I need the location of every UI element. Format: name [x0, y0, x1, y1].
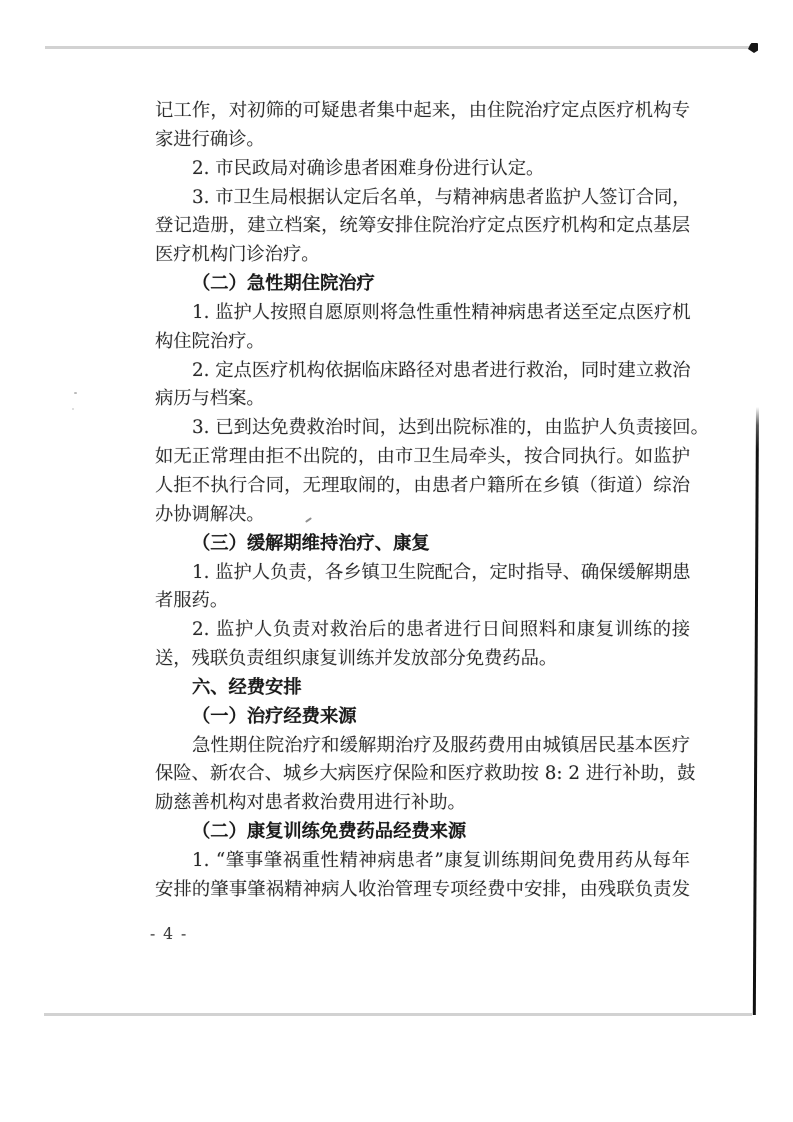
- text-line: 办协调解决。: [155, 501, 690, 530]
- heading-line: （二）康复训练免费药品经费来源: [155, 818, 690, 847]
- heading-line: （三）缓解期维持治疗、康复: [155, 530, 690, 559]
- text-line: 2. 监护人负责对救治后的患者进行日间照料和康复训练的接: [155, 616, 690, 645]
- heading-line: （二）急性期住院治疗: [155, 270, 690, 299]
- text-line: 2. 市民政局对确诊患者困难身份进行认定。: [155, 155, 690, 184]
- page-number: - 4 -: [150, 925, 188, 943]
- text-line: 3. 已到达免费救治时间，达到出院标准的，由监护人负责接回。: [155, 414, 690, 443]
- text-line: 安排的肇事肇祸精神病人收治管理专项经费中安排，由残联负责发: [155, 876, 690, 905]
- text-line: 1. 监护人负责，各乡镇卫生院配合，定时指导、确保缓解期患: [155, 559, 690, 588]
- text-line: 人拒不执行合同，无理取闹的，由患者户籍所在乡镇（街道）综治: [155, 472, 690, 501]
- document-body: 记工作，对初筛的可疑患者集中起来，由住院治疗定点医疗机构专家进行确诊。2. 市民…: [155, 97, 690, 905]
- scan-rule-bottom: [44, 1013, 752, 1016]
- scan-rule-top: [45, 46, 750, 49]
- text-line: 2. 定点医疗机构依据临床路径对患者进行救治，同时建立救治: [155, 357, 690, 386]
- scanned-document-page: { "colors":{ "text":"#2a2a2a", "heading"…: [0, 0, 793, 1122]
- text-line: 3. 市卫生局根据认定后名单，与精神病患者监护人签订合同，: [155, 184, 690, 213]
- text-line: 急性期住院治疗和缓解期治疗及服药费用由城镇居民基本医疗: [155, 732, 690, 761]
- text-line: 1. “肇事肇祸重性精神病患者”康复训练期间免费用药从每年: [155, 847, 690, 876]
- scan-smudge-top-right: [748, 43, 758, 53]
- text-line: 病历与档案。: [155, 385, 690, 414]
- scan-speck: [74, 392, 77, 394]
- text-line: 登记造册，建立档案，统筹安排住院治疗定点医疗机构和定点基层: [155, 212, 690, 241]
- text-line: 医疗机构门诊治疗。: [155, 241, 690, 270]
- text-line: 如无正常理由拒不出院的，由市卫生局牵头，按合同执行。如监护: [155, 443, 690, 472]
- heading-line: （一）治疗经费来源: [155, 703, 690, 732]
- text-line: 送，残联负责组织康复训练并发放部分免费药品。: [155, 645, 690, 674]
- text-line: 家进行确诊。: [155, 126, 690, 155]
- scan-speck: [72, 408, 74, 410]
- text-line: 保险、新农合、城乡大病医疗保险和医疗救助按 8: 2 进行补助，鼓: [155, 760, 690, 789]
- text-line: 构住院治疗。: [155, 328, 690, 357]
- text-line: 者服药。: [155, 587, 690, 616]
- heading-line: 六、经费安排: [155, 674, 690, 703]
- text-line: 1. 监护人按照自愿原则将急性重性精神病患者送至定点医疗机: [155, 299, 690, 328]
- text-line: 励慈善机构对患者救治费用进行补助。: [155, 789, 690, 818]
- text-line: 记工作，对初筛的可疑患者集中起来，由住院治疗定点医疗机构专: [155, 97, 690, 126]
- scan-edge-line-right: [752, 407, 758, 1015]
